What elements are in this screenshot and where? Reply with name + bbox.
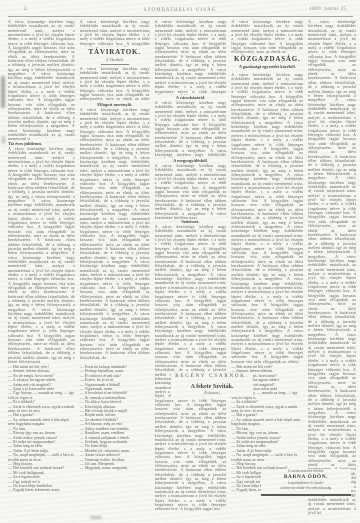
scan-smudge [90,516,102,519]
issue-date: 1899. junius 25. [309,7,348,12]
article-text: A város közönsége körében nagy érdeklődé… [80,20,150,47]
column-2: A város közönsége körében nagy érdeklődé… [80,20,150,515]
column-1: A város közönsége körében nagy érdeklődé… [8,20,75,515]
column-3: A város közönsége körében nagy érdeklődé… [155,20,227,515]
imprint-editor-name: BARNA ÖDÖN. [261,474,351,481]
article-text: A város közönsége körében nagy érdeklődé… [308,20,356,515]
scan-smudge [2,136,5,144]
article-text: A város közönsége körében nagy érdeklődé… [80,67,150,102]
article-text: A város közönsége körében nagy érdeklődé… [231,73,303,365]
header-rule [8,16,353,17]
dialogue-text: — Hát aztán mi lett vele? — Semmi, kérem… [8,365,75,515]
article-text: A város közönsége körében nagy érdeklődé… [155,164,227,219]
newspaper-page: 2. SZOMBATHELYI UJSÁG 1899. junius 25. A… [0,0,360,523]
article-text: A város közönsége körében nagy érdeklődé… [8,147,75,365]
article-lead: Tíz éves jubileum. [8,140,75,147]
novel-section-header: REGÉNY CSARNOK. [171,373,253,380]
scan-smudge [1,76,5,108]
article-text: A város közönsége körében nagy érdeklődé… [155,225,227,515]
novel-continuation-note: (Folytatás.) [171,391,253,396]
columns-container: A város közönsége körében nagy érdeklődé… [8,20,356,515]
headline-kozgazdasag-sub: A gazdasági egyesület köréből. [231,64,303,73]
headline-kozgazdasag: KÖZGAZDASÁG. [231,54,303,64]
imprint-block: A szerkesztésért felelős: BARNA ÖDÖN. La… [261,469,351,496]
article-text: A város közönsége körében nagy érdeklődé… [8,20,75,140]
article-text: A város közönsége körében nagy érdeklődé… [80,108,150,365]
masthead-title: SZOMBATHELYI UJSÁG [0,8,360,13]
column-4: A város közönsége körében nagy érdeklődé… [231,20,303,515]
article-text: A város közönsége körében nagy érdeklődé… [155,20,227,95]
dialogue-text: — Eszerint holnap indulnak? — Holnap haj… [80,365,150,515]
article-text: A város közönsége körében nagy érdeklődé… [155,101,227,158]
imprint-rule [261,494,351,496]
headline-taviratok: TÁVIRATOK. [80,47,150,57]
section-rule [80,63,150,67]
novel-title: A fekete Szviták. [171,383,253,391]
article-text: A város közönsége körében nagy érdeklődé… [231,20,303,54]
imprint-line: a könyvnyomda-részvénytársaság. [261,486,351,491]
column-5: A város közönsége körében nagy érdeklődé… [308,20,356,515]
novel-section: REGÉNY CSARNOK. A fekete Szviták. (Folyt… [171,372,253,397]
